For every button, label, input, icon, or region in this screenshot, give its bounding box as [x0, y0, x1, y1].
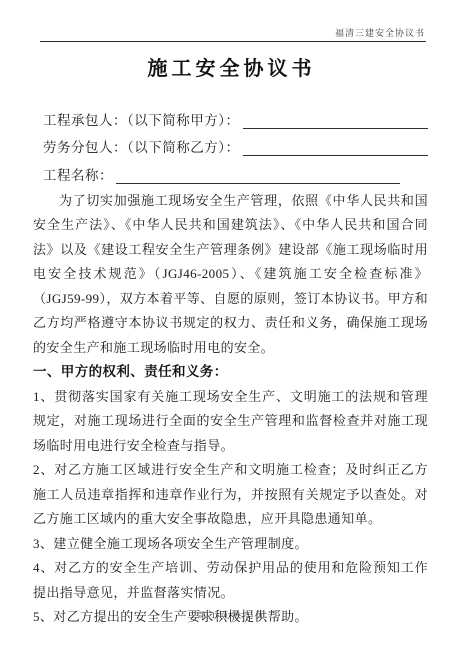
field-row-contractor: 工程承包人：（以下简称甲方）： [33, 103, 428, 131]
contractor-blank-line [243, 114, 429, 129]
subcontractor-blank-line [243, 141, 429, 156]
section-heading: 一、甲方的权利、责任和义务： [33, 360, 428, 385]
page-number: 第 1 页 共 1 页 [198, 611, 265, 620]
document-page: 福清三建安全协议书 施工安全协议书 工程承包人：（以下简称甲方）： 劳务分包人：… [0, 0, 463, 655]
intro-paragraph: 为了切实加强施工现场安全生产管理，依照《中华人民共和国安全生产法》、《中华人民共… [33, 189, 428, 361]
header-rule [40, 41, 426, 42]
document-title: 施工安全协议书 [0, 54, 463, 84]
clause-3: 3、建立健全施工现场各项安全生产管理制度。 [33, 532, 428, 557]
project-name-blank-line [116, 169, 400, 184]
header-note: 福清三建安全协议书 [40, 27, 425, 39]
field-row-project-name: 工程名称： [33, 158, 428, 186]
clause-4: 4、对乙方的安全生产培训、劳动保护用品的使用和危险预知工作提出指导意见，并监督落… [33, 556, 428, 605]
project-name-label: 工程名称： [43, 166, 113, 186]
page-footer: 第 1 页 共 1 页 [0, 610, 463, 621]
fields-block: 工程承包人：（以下简称甲方）： 劳务分包人：（以下简称乙方）： 工程名称： [33, 103, 428, 186]
subcontractor-label: 劳务分包人：（以下简称乙方）： [43, 138, 240, 158]
clause-2: 2、对乙方施工区域进行安全生产和文明施工检查；及时纠正乙方施工人员违章指挥和违章… [33, 458, 428, 532]
clause-1: 1、贯彻落实国家有关施工现场安全生产、文明施工的法规和管理规定，对施工现场进行全… [33, 385, 428, 459]
contractor-label: 工程承包人：（以下简称甲方）： [43, 111, 240, 131]
document-body: 工程承包人：（以下简称甲方）： 劳务分包人：（以下简称乙方）： 工程名称： 为了… [33, 103, 428, 630]
field-row-subcontractor: 劳务分包人：（以下简称乙方）： [33, 131, 428, 159]
